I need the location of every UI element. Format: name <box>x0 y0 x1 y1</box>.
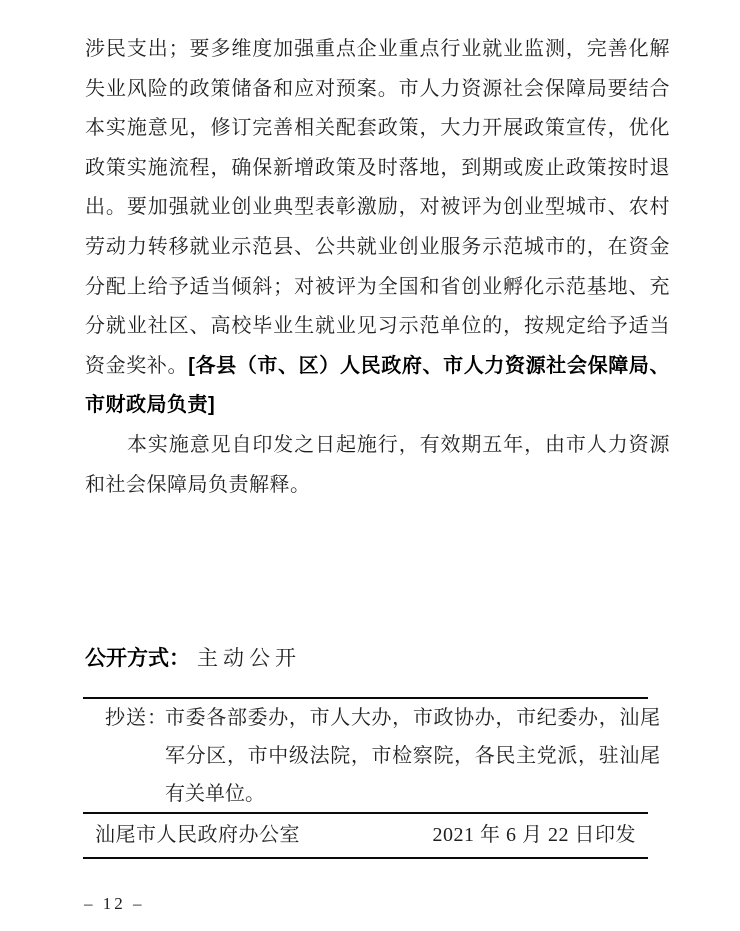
body-text: 涉民支出；要多维度加强重点企业重点行业就业监测，完善化解失业风险的政策储备和应对… <box>85 30 670 505</box>
body-line: 涉民支出；要多维度加强重点企业重点行业就业监测，完善化解 <box>85 30 670 70</box>
body-segment: 分配上给予适当倾斜；对被评为全国和省创业孵化示范基地、充 <box>85 276 670 298</box>
body-line: 资金奖补。[各县（市、区）人民政府、市人力资源社会保障局、 <box>85 347 670 387</box>
body-line: 分配上给予适当倾斜；对被评为全国和省创业孵化示范基地、充 <box>85 268 670 308</box>
body-line: 失业风险的政策储备和应对预案。市人力资源社会保障局要结合 <box>85 70 670 110</box>
cc-list: 市委各部委办，市人大办，市政协办，市纪委办，汕尾军分区，市中级法院，市检察院，各… <box>165 699 660 813</box>
cc-line: 市委各部委办，市人大办，市政协办，市纪委办，汕尾 <box>165 699 660 737</box>
separator-rule-middle <box>83 812 648 814</box>
body-segment: 失业风险的政策储备和应对预案。市人力资源社会保障局要结合 <box>85 78 670 100</box>
body-line: 本实施意见自印发之日起施行，有效期五年，由市人力资源 <box>85 426 670 466</box>
body-segment: 出。要加强就业创业典型表彰激励，对被评为创业型城市、农村 <box>85 196 670 218</box>
body-segment: 政策实施流程，确保新增政策及时落地，到期或废止政策按时退 <box>85 157 670 179</box>
body-line: 政策实施流程，确保新增政策及时落地，到期或废止政策按时退 <box>85 149 670 189</box>
body-line: 和社会保障局负责解释。 <box>85 466 670 506</box>
separator-rule-bottom <box>83 857 648 859</box>
body-line: 市财政局负责] <box>85 386 670 426</box>
body-segment-bold: 市财政局负责] <box>85 394 215 416</box>
body-line: 分就业社区、高校毕业生就业见习示范单位的，按规定给予适当 <box>85 307 670 347</box>
cc-line: 有关单位。 <box>165 775 660 813</box>
body-line: 本实施意见，修订完善相关配套政策，大力开展政策宣传，优化 <box>85 109 670 149</box>
disclosure-label: 公开方式： <box>85 647 190 670</box>
body-segment-bold: [各县（市、区）人民政府、市人力资源社会保障局、 <box>188 355 670 377</box>
body-segment: 本实施意见，修订完善相关配套政策，大力开展政策宣传，优化 <box>85 117 670 139</box>
cc-label: 抄送： <box>105 699 168 737</box>
body-line: 劳动力转移就业示范县、公共就业创业服务示范城市的，在资金 <box>85 228 670 268</box>
issuance-date: 2021 年 6 月 22 日印发 <box>433 820 637 850</box>
body-segment: 涉民支出；要多维度加强重点企业重点行业就业监测，完善化解 <box>85 38 670 60</box>
page-number: – 12 – <box>84 892 145 916</box>
body-line: 出。要加强就业创业典型表彰激励，对被评为创业型城市、农村 <box>85 188 670 228</box>
body-segment: 分就业社区、高校毕业生就业见习示范单位的，按规定给予适当 <box>85 315 670 337</box>
issuing-office: 汕尾市人民政府办公室 <box>95 820 300 850</box>
cc-line: 军分区，市中级法院，市检察院，各民主党派，驻汕尾 <box>165 737 660 775</box>
body-segment: 劳动力转移就业示范县、公共就业创业服务示范城市的，在资金 <box>85 236 670 258</box>
document-page: 涉民支出；要多维度加强重点企业重点行业就业监测，完善化解失业风险的政策储备和应对… <box>0 0 740 931</box>
body-segment: 和社会保障局负责解释。 <box>85 474 311 496</box>
body-segment: 本实施意见自印发之日起施行，有效期五年，由市人力资源 <box>127 434 670 456</box>
disclosure-value: 主动公开 <box>197 646 301 670</box>
body-segment: 资金奖补。 <box>85 355 188 377</box>
disclosure-line: 公开方式：主动公开 <box>85 644 301 673</box>
